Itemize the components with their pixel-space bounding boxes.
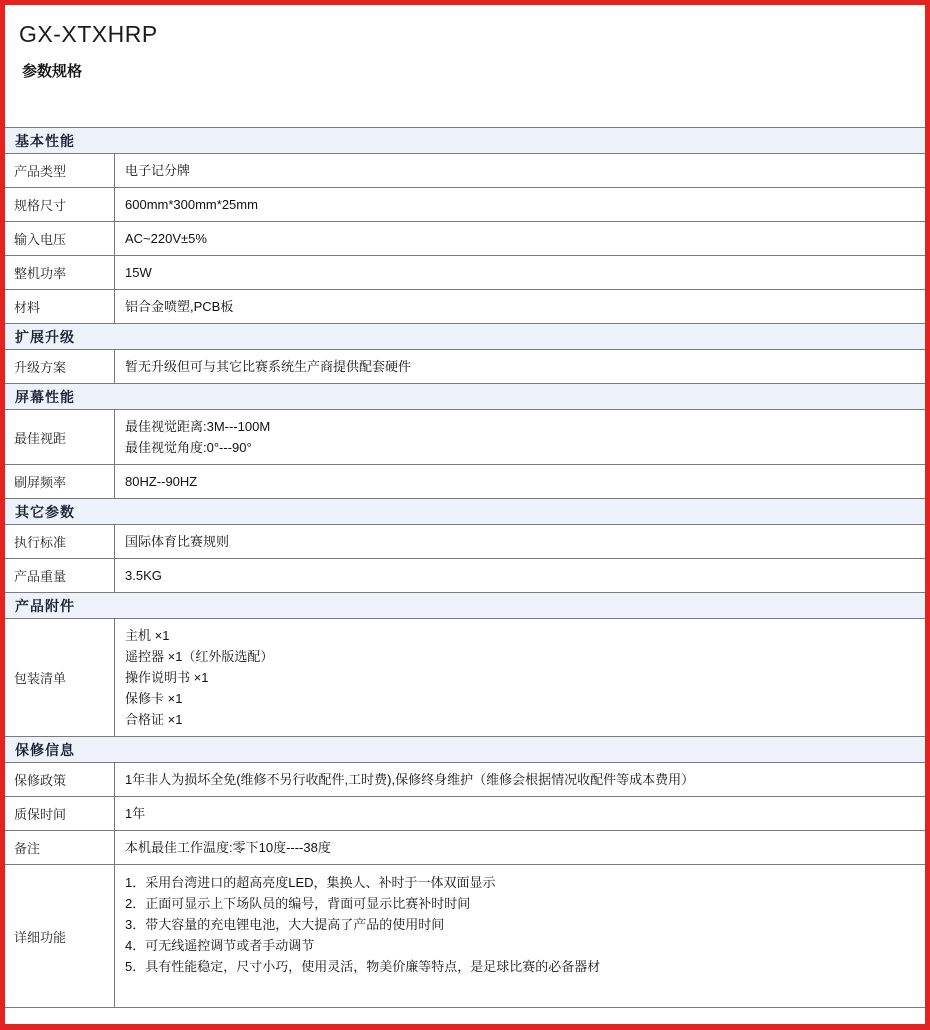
spec-value-line: 1年非人为损坏全免(维修不另行收配件,工时费),保修终身维护（维修会根据情况收配… [125, 769, 915, 790]
spec-value-line: 操作说明书 ×1 [125, 667, 915, 688]
spec-value-line: 合格证 ×1 [125, 709, 915, 730]
spec-row-label: 最佳视距 [5, 410, 115, 464]
product-model-title: GX-XTXHRP [19, 21, 925, 48]
spec-row-value: 80HZ--90HZ [115, 465, 925, 498]
spec-value-line: 最佳视觉角度:0°---90° [125, 437, 915, 458]
spec-row: 包装清单主机 ×1遥控器 ×1（红外版选配）操作说明书 ×1保修卡 ×1合格证 … [5, 619, 925, 737]
spec-value-line: 1．采用台湾进口的超高亮度LED，集换人、补时于一体双面显示 [125, 872, 915, 893]
spec-row: 材料铝合金喷塑,PCB板 [5, 290, 925, 324]
section-header: 扩展升级 [5, 324, 925, 350]
spec-row: 质保时间1年 [5, 797, 925, 831]
spec-row-label: 产品重量 [5, 559, 115, 592]
spec-value-line: 4．可无线遥控调节或者手动调节 [125, 935, 915, 956]
spec-row: 整机功率15W [5, 256, 925, 290]
spec-value-line: 3．带大容量的充电锂电池，大大提高了产品的使用时间 [125, 914, 915, 935]
spec-table: 基本性能产品类型电子记分牌规格尺寸600mm*300mm*25mm输入电压AC~… [5, 127, 925, 1008]
spec-row-label: 保修政策 [5, 763, 115, 796]
spec-row: 规格尺寸600mm*300mm*25mm [5, 188, 925, 222]
spec-value-line: 主机 ×1 [125, 625, 915, 646]
spec-row-label: 规格尺寸 [5, 188, 115, 221]
spec-value-line: 最佳视觉距离:3M---100M [125, 416, 915, 437]
spec-row-label: 升级方案 [5, 350, 115, 383]
spec-value-line: 遥控器 ×1（红外版选配） [125, 646, 915, 667]
spec-value-line: 铝合金喷塑,PCB板 [125, 296, 915, 317]
spec-value-line: 国际体育比赛规则 [125, 531, 915, 552]
spec-row: 最佳视距最佳视觉距离:3M---100M最佳视觉角度:0°---90° [5, 410, 925, 465]
spec-row-value: 600mm*300mm*25mm [115, 188, 925, 221]
spec-row-label: 输入电压 [5, 222, 115, 255]
section-header: 其它参数 [5, 499, 925, 525]
spec-row-value: 1年 [115, 797, 925, 830]
spec-value-line: 3.5KG [125, 565, 915, 586]
section-header: 产品附件 [5, 593, 925, 619]
spec-row-value: AC~220V±5% [115, 222, 925, 255]
spec-row: 升级方案暂无升级但可与其它比赛系统生产商提供配套硬件 [5, 350, 925, 384]
section-header: 保修信息 [5, 737, 925, 763]
spec-value-line: 电子记分牌 [125, 160, 915, 181]
spec-row-label: 整机功率 [5, 256, 115, 289]
spec-value-line: 15W [125, 262, 915, 283]
footer-empty-space [5, 1008, 925, 1024]
section-header: 基本性能 [5, 128, 925, 154]
spec-row-label: 备注 [5, 831, 115, 864]
spec-row-value: 3.5KG [115, 559, 925, 592]
spec-row: 输入电压AC~220V±5% [5, 222, 925, 256]
spec-value-line: 2．正面可显示上下场队员的编号，背面可显示比赛补时时间 [125, 893, 915, 914]
product-spec-page: GX-XTXHRP 参数规格 基本性能产品类型电子记分牌规格尺寸600mm*30… [0, 0, 930, 1030]
spec-row-value: 最佳视觉距离:3M---100M最佳视觉角度:0°---90° [115, 410, 925, 464]
spec-value-line: 80HZ--90HZ [125, 471, 915, 492]
spec-row-label: 执行标准 [5, 525, 115, 558]
spec-row: 备注本机最佳工作温度:零下10度----38度 [5, 831, 925, 865]
section-header: 屏幕性能 [5, 384, 925, 410]
spec-value-line: 1年 [125, 803, 915, 824]
spec-row: 产品类型电子记分牌 [5, 154, 925, 188]
spec-row-value: 15W [115, 256, 925, 289]
spec-row: 执行标准国际体育比赛规则 [5, 525, 925, 559]
spec-row: 刷屏频率80HZ--90HZ [5, 465, 925, 499]
spec-value-line: 暂无升级但可与其它比赛系统生产商提供配套硬件 [125, 356, 915, 377]
spec-row-value: 铝合金喷塑,PCB板 [115, 290, 925, 323]
spec-value-line: AC~220V±5% [125, 228, 915, 249]
spec-row-label: 详细功能 [5, 865, 115, 1007]
spec-row-label: 包装清单 [5, 619, 115, 736]
spec-value-line: 600mm*300mm*25mm [125, 194, 915, 215]
spec-row-label: 材料 [5, 290, 115, 323]
spec-row-value: 电子记分牌 [115, 154, 925, 187]
spec-row: 产品重量3.5KG [5, 559, 925, 593]
page-header: GX-XTXHRP 参数规格 [5, 5, 925, 127]
spec-row-value: 主机 ×1遥控器 ×1（红外版选配）操作说明书 ×1保修卡 ×1合格证 ×1 [115, 619, 925, 736]
spec-row-label: 产品类型 [5, 154, 115, 187]
spec-row-value: 国际体育比赛规则 [115, 525, 925, 558]
spec-row: 保修政策1年非人为损坏全免(维修不另行收配件,工时费),保修终身维护（维修会根据… [5, 763, 925, 797]
spec-row-label: 质保时间 [5, 797, 115, 830]
spec-row-label: 刷屏频率 [5, 465, 115, 498]
spec-row-value: 1．采用台湾进口的超高亮度LED，集换人、补时于一体双面显示2．正面可显示上下场… [115, 865, 925, 1007]
spec-row-value: 暂无升级但可与其它比赛系统生产商提供配套硬件 [115, 350, 925, 383]
spec-row-value: 1年非人为损坏全免(维修不另行收配件,工时费),保修终身维护（维修会根据情况收配… [115, 763, 925, 796]
spec-section-heading: 参数规格 [22, 60, 925, 81]
spec-value-line: 保修卡 ×1 [125, 688, 915, 709]
spec-row-value: 本机最佳工作温度:零下10度----38度 [115, 831, 925, 864]
spec-row: 详细功能1．采用台湾进口的超高亮度LED，集换人、补时于一体双面显示2．正面可显… [5, 865, 925, 1008]
spec-value-line: 本机最佳工作温度:零下10度----38度 [125, 837, 915, 858]
spec-value-line: 5．具有性能稳定，尺寸小巧，使用灵活，物美价廉等特点，是足球比赛的必备器材 [125, 956, 915, 977]
